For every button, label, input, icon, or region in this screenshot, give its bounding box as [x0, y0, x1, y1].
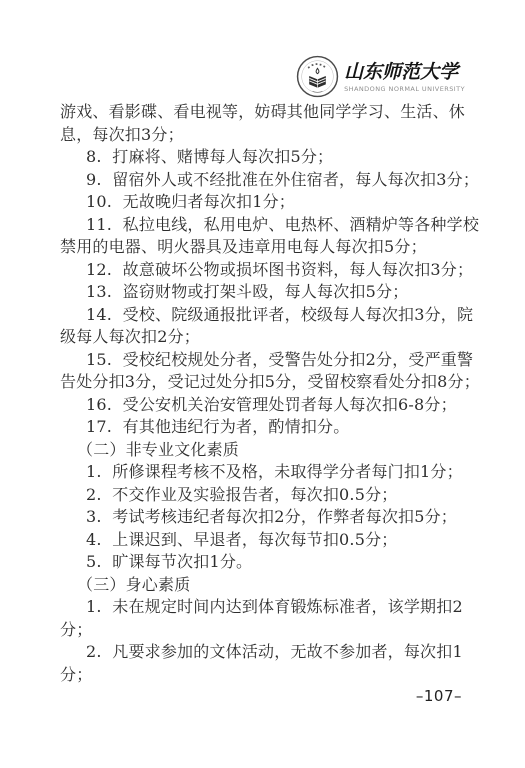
page-number: –107–: [416, 687, 462, 705]
text-line: 11. 私拉电线，私用电炉、电热杯、酒精炉等各种学校: [60, 214, 470, 237]
text-line: 禁用的电器、明火器具及违章用电每人每次扣5分；: [60, 236, 470, 259]
university-name-en: SHANDONG NORMAL UNIVERSITY: [344, 85, 465, 93]
text-line: 息，每次扣3分；: [60, 124, 470, 147]
text-line: 13. 盗窃财物或打架斗殴，每人每次扣5分；: [60, 281, 470, 304]
text-line: 游戏、看影碟、看电视等，妨碍其他同学学习、生活、休: [60, 101, 470, 124]
text-line: 告处分扣3分，受记过处分扣5分，受留校察看处分扣8分；: [60, 371, 470, 394]
text-line: 1. 未在规定时间内达到体育锻炼标准者，该学期扣2: [60, 596, 470, 619]
text-line: 2. 凡要求参加的文体活动，无故不参加者，每次扣1: [60, 641, 470, 664]
text-line: 3. 考试考核违纪者每次扣2分，作弊者每次扣5分；: [60, 506, 470, 529]
text-line: 1. 所修课程考核不及格，未取得学分者每门扣1分；: [60, 461, 470, 484]
university-logo: 山东师范大学 SHANDONG NORMAL UNIVERSITY: [296, 55, 465, 98]
text-line: 8. 打麻将、赌博每人每次扣5分；: [60, 146, 470, 169]
text-line: 15. 受校纪校规处分者，受警告处分扣2分，受严重警: [60, 349, 470, 372]
text-line: 级每人每次扣2分；: [60, 326, 470, 349]
text-line: （三）身心素质: [60, 574, 470, 597]
university-logo-text: 山东师范大学 SHANDONG NORMAL UNIVERSITY: [344, 61, 465, 93]
text-line: 17. 有其他违纪行为者，酌情扣分。: [60, 416, 470, 439]
university-emblem-icon: [296, 55, 339, 98]
text-line: 14. 受校、院级通报批评者，校级每人每次扣3分，院: [60, 304, 470, 327]
text-line: 4. 上课迟到、早退者，每次每节扣0.5分；: [60, 529, 470, 552]
university-name-cn: 山东师范大学: [344, 61, 458, 83]
document-body: 游戏、看影碟、看电视等，妨碍其他同学学习、生活、休息，每次扣3分；8. 打麻将、…: [60, 101, 470, 686]
text-line: 分；: [60, 664, 470, 687]
text-line: 10. 无故晚归者每次扣1分；: [60, 191, 470, 214]
text-line: 12. 故意破坏公物或损坏图书资料，每人每次扣3分；: [60, 259, 470, 282]
document-page: 山东师范大学 SHANDONG NORMAL UNIVERSITY 游戏、看影碟…: [0, 0, 525, 768]
text-line: （二）非专业文化素质: [60, 439, 470, 462]
text-line: 5. 旷课每节次扣1分。: [60, 551, 470, 574]
text-line: 2. 不交作业及实验报告者，每次扣0.5分；: [60, 484, 470, 507]
text-line: 9. 留宿外人或不经批准在外住宿者，每人每次扣3分；: [60, 169, 470, 192]
text-line: 分；: [60, 619, 470, 642]
text-line: 16. 受公安机关治安管理处罚者每人每次扣6-8分；: [60, 394, 470, 417]
